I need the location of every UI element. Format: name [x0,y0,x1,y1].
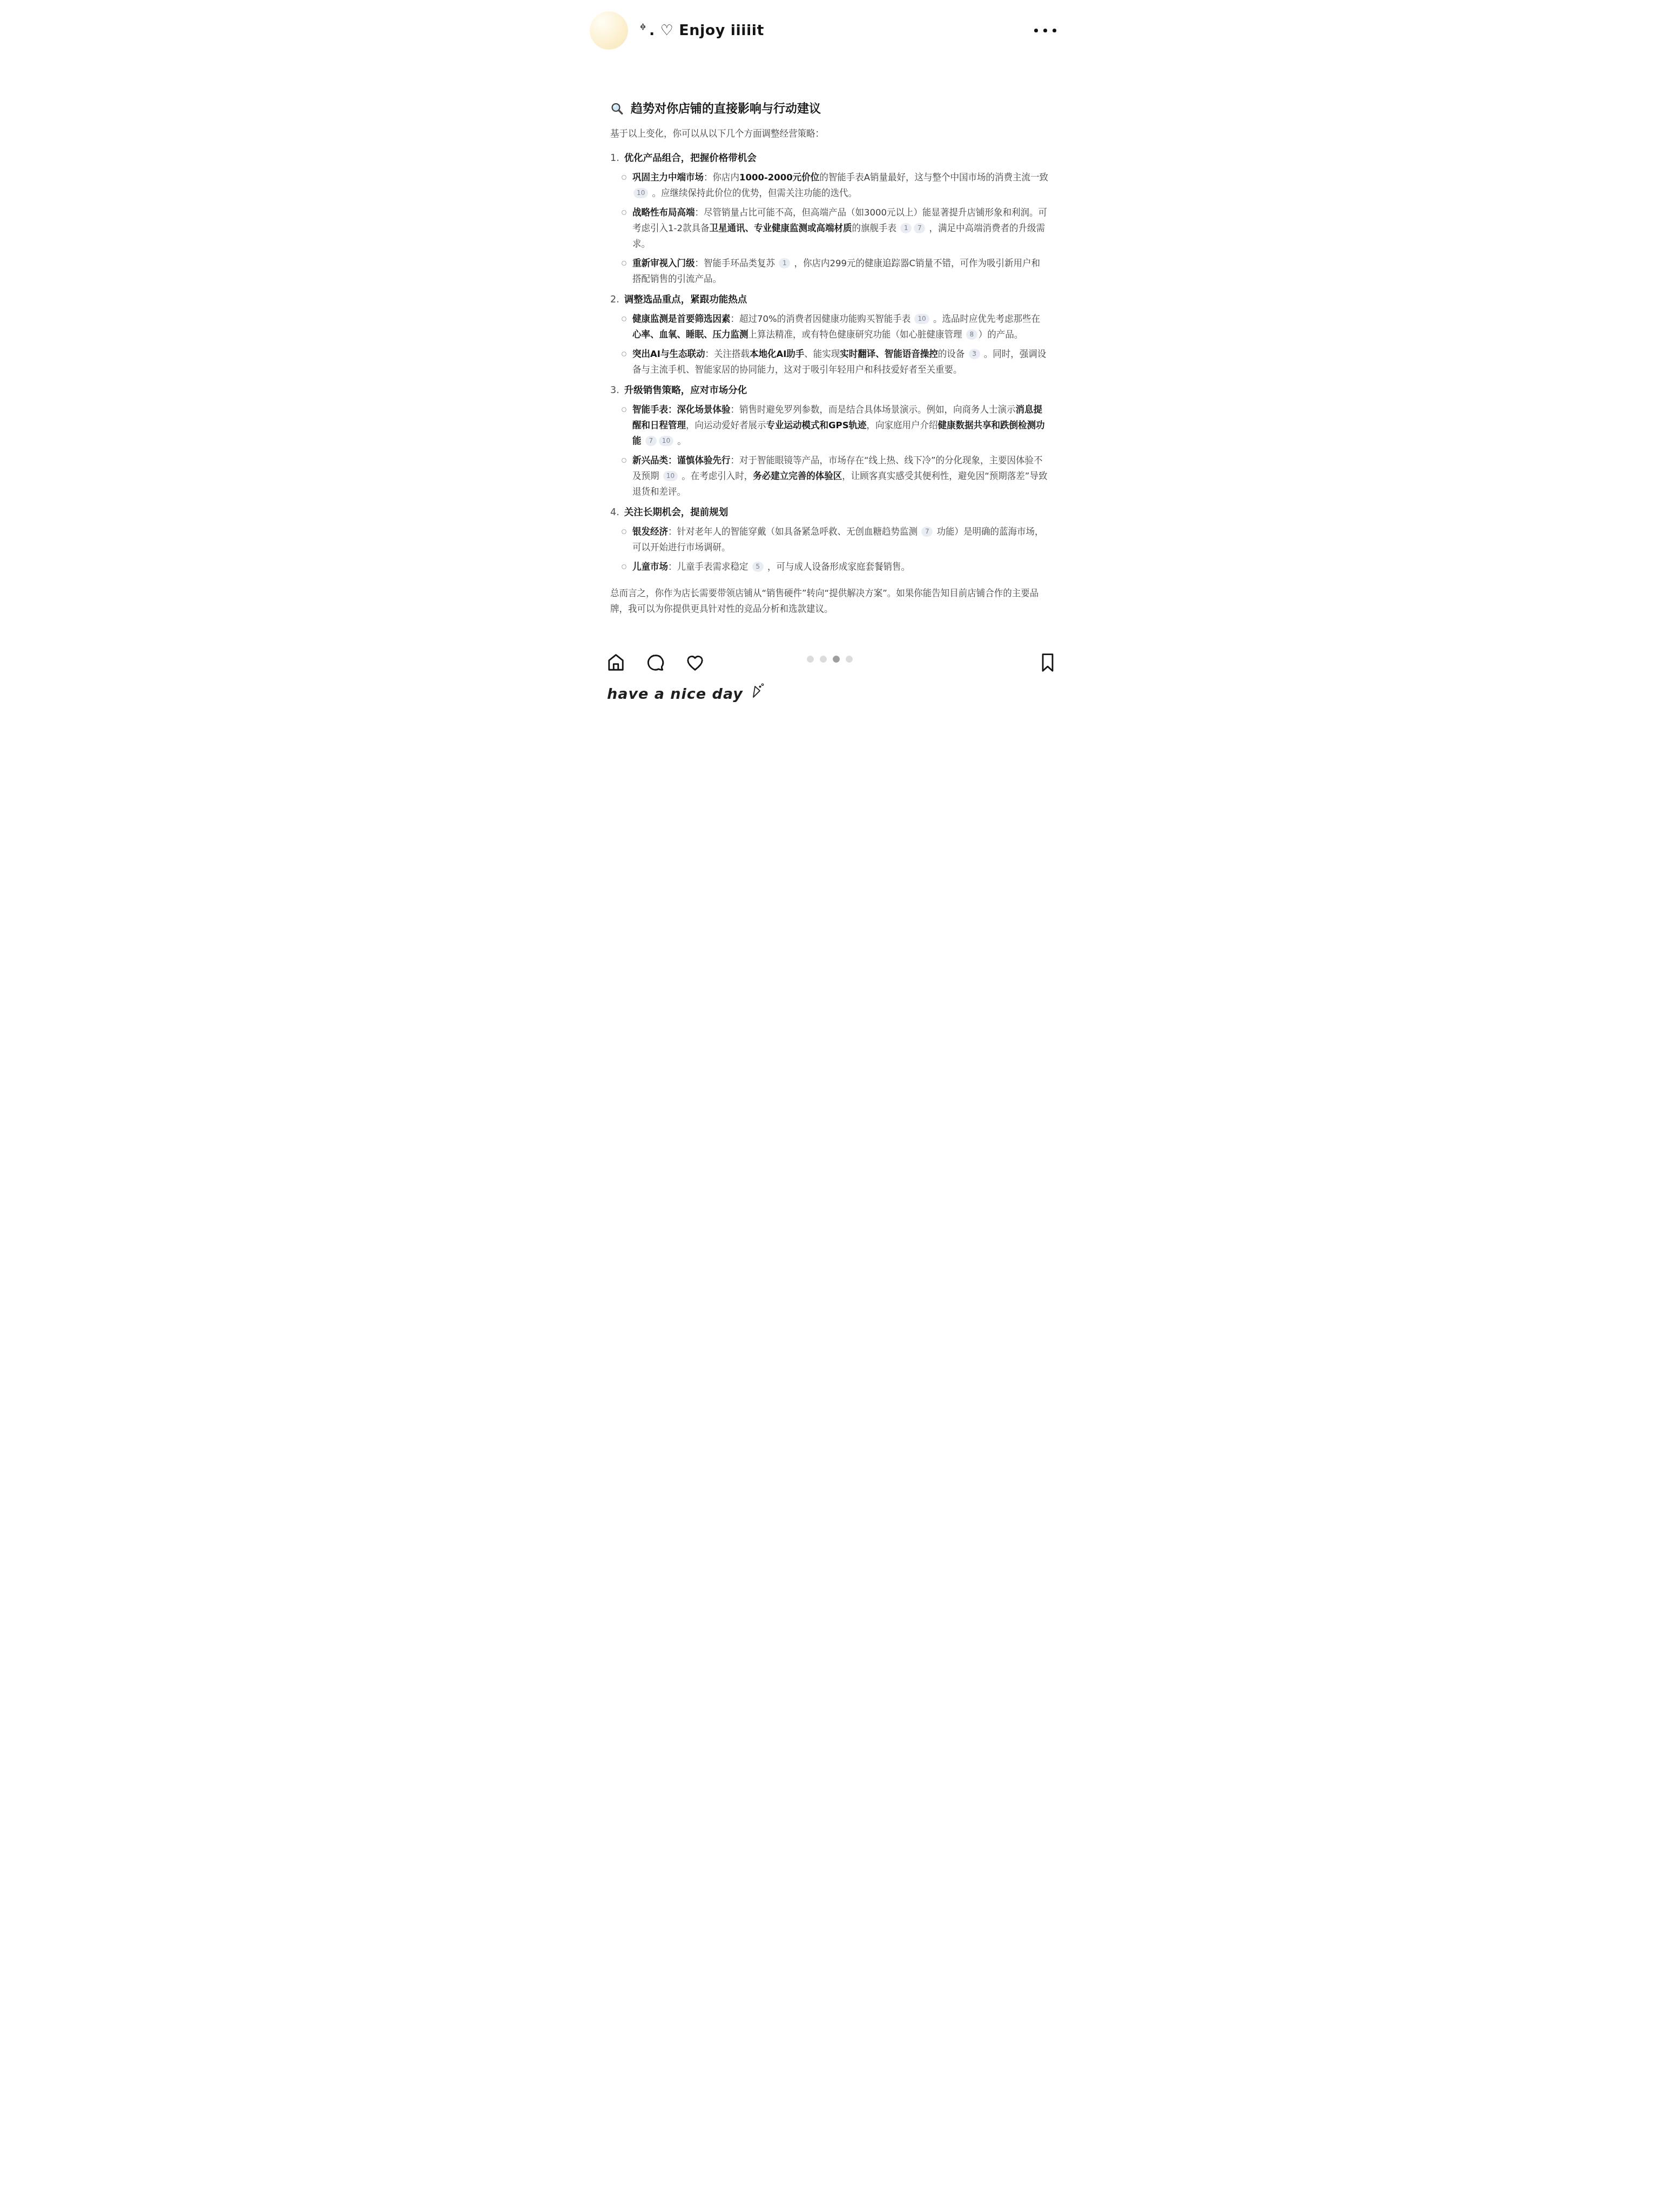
list-item: 儿童市场：儿童手表需求稳定 5 ，可与成人设备形成家庭套餐销售。 [610,559,1049,575]
citation-badge[interactable]: 10 [659,436,673,446]
section: 2.调整选品重点，紧跟功能热点健康监测是首要筛选因素：超过70%的消费者因健康功… [610,292,1049,377]
bookmark-icon[interactable] [1039,652,1056,673]
signature-text: have a nice day [607,686,743,703]
section-heading: 3.升级销售策略，应对市场分化 [610,383,1049,399]
list-item: 健康监测是首要筛选因素：超过70%的消费者因健康功能购买智能手表 10 。选品时… [610,311,1049,342]
action-bar [553,650,1106,675]
citation-badge[interactable]: 10 [663,471,678,481]
citation-badge[interactable]: 8 [966,329,977,340]
section-number: 2. [610,292,619,308]
list-item: 巩固主力中端市场：你店内1000-2000元价位的智能手表A销量最好，这与整个中… [610,170,1049,201]
page-title-text: 趋势对你店铺的直接影响与行动建议 [631,101,821,117]
section-number: 4. [610,505,619,521]
avatar[interactable] [590,11,628,50]
bold-text: 实时翻译、智能语音操控 [840,349,938,359]
bullet-list: 银发经济：针对老年人的智能穿戴（如具备紧急呼救、无创血糖趋势监测 7 功能）是明… [610,524,1049,575]
section: 4.关注长期机会，提前规划银发经济：针对老年人的智能穿戴（如具备紧急呼救、无创血… [610,505,1049,575]
intro-paragraph: 基于以上变化，你可以从以下几个方面调整经营策略： [610,126,1049,141]
bullet-list: 健康监测是首要筛选因素：超过70%的消费者因健康功能购买智能手表 10 。选品时… [610,311,1049,377]
bold-text: 巩固主力中端市场 [632,172,704,183]
citation-badge[interactable]: 1 [900,223,912,233]
pagination-dot [846,656,853,663]
post-content: 趋势对你店铺的直接影响与行动建议 基于以上变化，你可以从以下几个方面调整经营策略… [553,101,1106,617]
bold-text: 务必建立完善的体验区 [753,471,842,481]
bold-text: 战略性布局高端 [632,207,695,218]
more-menu-icon[interactable] [1033,25,1057,36]
header: . ♡ Enjoy iiiiit [553,0,1106,50]
outro-paragraph: 总而言之，你作为店长需要带领店铺从“销售硬件”转向“提供解决方案”。如果你能告知… [610,585,1049,617]
bold-text: 健康监测是首要筛选因素 [632,314,731,324]
bold-text: 1000-2000元价位 [739,172,819,183]
bold-text: 本地化AI助手 [750,349,804,359]
pagination-dot [820,656,827,663]
citation-badge[interactable]: 10 [633,188,648,198]
bold-text: 重新审视入门级 [632,258,695,268]
citation-badge[interactable]: 10 [914,314,929,324]
section-number: 1. [610,151,619,166]
bold-text: 心率、血氧、睡眠、压力监测 [632,329,748,340]
bullet-list: 巩固主力中端市场：你店内1000-2000元价位的智能手表A销量最好，这与整个中… [610,170,1049,287]
bold-text: 专业运动模式和GPS轨迹 [766,420,867,430]
citation-badge[interactable]: 7 [645,436,657,446]
signature: have a nice day [553,686,1106,703]
list-item: 智能手表：深化场景体验：销售时避免罗列参数，而是结合具体场景演示。例如，向商务人… [610,402,1049,449]
pennant-doodle-icon [748,683,764,698]
list-item: 战略性布局高端：尽管销量占比可能不高，但高端产品（如3000元以上）能显著提升店… [610,205,1049,252]
section-title: 优化产品组合，把握价格带机会 [624,151,757,166]
username-text: . ♡ Enjoy iiiiit [649,22,764,39]
bold-text: 新兴品类：谨慎体验先行 [632,455,731,466]
section: 3.升级销售策略，应对市场分化智能手表：深化场景体验：销售时避免罗列参数，而是结… [610,383,1049,500]
page-title: 趋势对你店铺的直接影响与行动建议 [610,101,1049,117]
list-item: 新兴品类：谨慎体验先行：对于智能眼镜等产品，市场存在“线上热、线下冷”的分化现象… [610,453,1049,500]
citation-badge[interactable]: 7 [921,527,933,537]
heart-icon[interactable] [685,653,705,672]
citation-badge[interactable]: 5 [752,562,764,572]
magnifier-icon [610,102,624,116]
left-icons [606,653,705,672]
pagination-dot-active [833,656,840,663]
section-heading: 1.优化产品组合，把握价格带机会 [610,151,1049,166]
list-item: 重新审视入门级：智能手环品类复苏 1 ，你店内299元的健康追踪器C销量不错，可… [610,255,1049,287]
bold-text: 突出AI与生态联动 [632,349,705,359]
bold-text: 儿童市场 [632,562,668,572]
citation-badge[interactable]: 1 [779,258,790,268]
bold-text: 智能手表：深化场景体验 [632,404,731,415]
sections-list: 1.优化产品组合，把握价格带机会巩固主力中端市场：你店内1000-2000元价位… [610,151,1049,575]
sparkle-star-icon [639,22,646,32]
section-heading: 4.关注长期机会，提前规划 [610,505,1049,521]
list-item: 银发经济：针对老年人的智能穿戴（如具备紧急呼救、无创血糖趋势监测 7 功能）是明… [610,524,1049,555]
section-number: 3. [610,383,619,399]
post-page: . ♡ Enjoy iiiiit 趋势对你店铺的直接影响与行动建议 基于以上变化… [553,0,1106,737]
home-icon[interactable] [606,653,626,672]
list-item: 突出AI与生态联动：关注搭载本地化AI助手、能实现实时翻译、智能语音操控的设备 … [610,346,1049,377]
section-title: 关注长期机会，提前规划 [624,505,729,521]
section-title: 升级销售策略，应对市场分化 [624,383,747,399]
bold-text: 卫星通讯、专业健康监测或高端材质 [709,223,852,233]
comment-icon[interactable] [645,653,665,672]
citation-badge[interactable]: 7 [914,223,925,233]
citation-badge[interactable]: 3 [969,349,980,359]
pagination-dot [807,656,814,663]
bold-text: 银发经济 [632,527,668,537]
section: 1.优化产品组合，把握价格带机会巩固主力中端市场：你店内1000-2000元价位… [610,151,1049,287]
username[interactable]: . ♡ Enjoy iiiiit [639,22,764,39]
section-title: 调整选品重点，紧跟功能热点 [624,292,747,308]
bullet-list: 智能手表：深化场景体验：销售时避免罗列参数，而是结合具体场景演示。例如，向商务人… [610,402,1049,500]
section-heading: 2.调整选品重点，紧跟功能热点 [610,292,1049,308]
